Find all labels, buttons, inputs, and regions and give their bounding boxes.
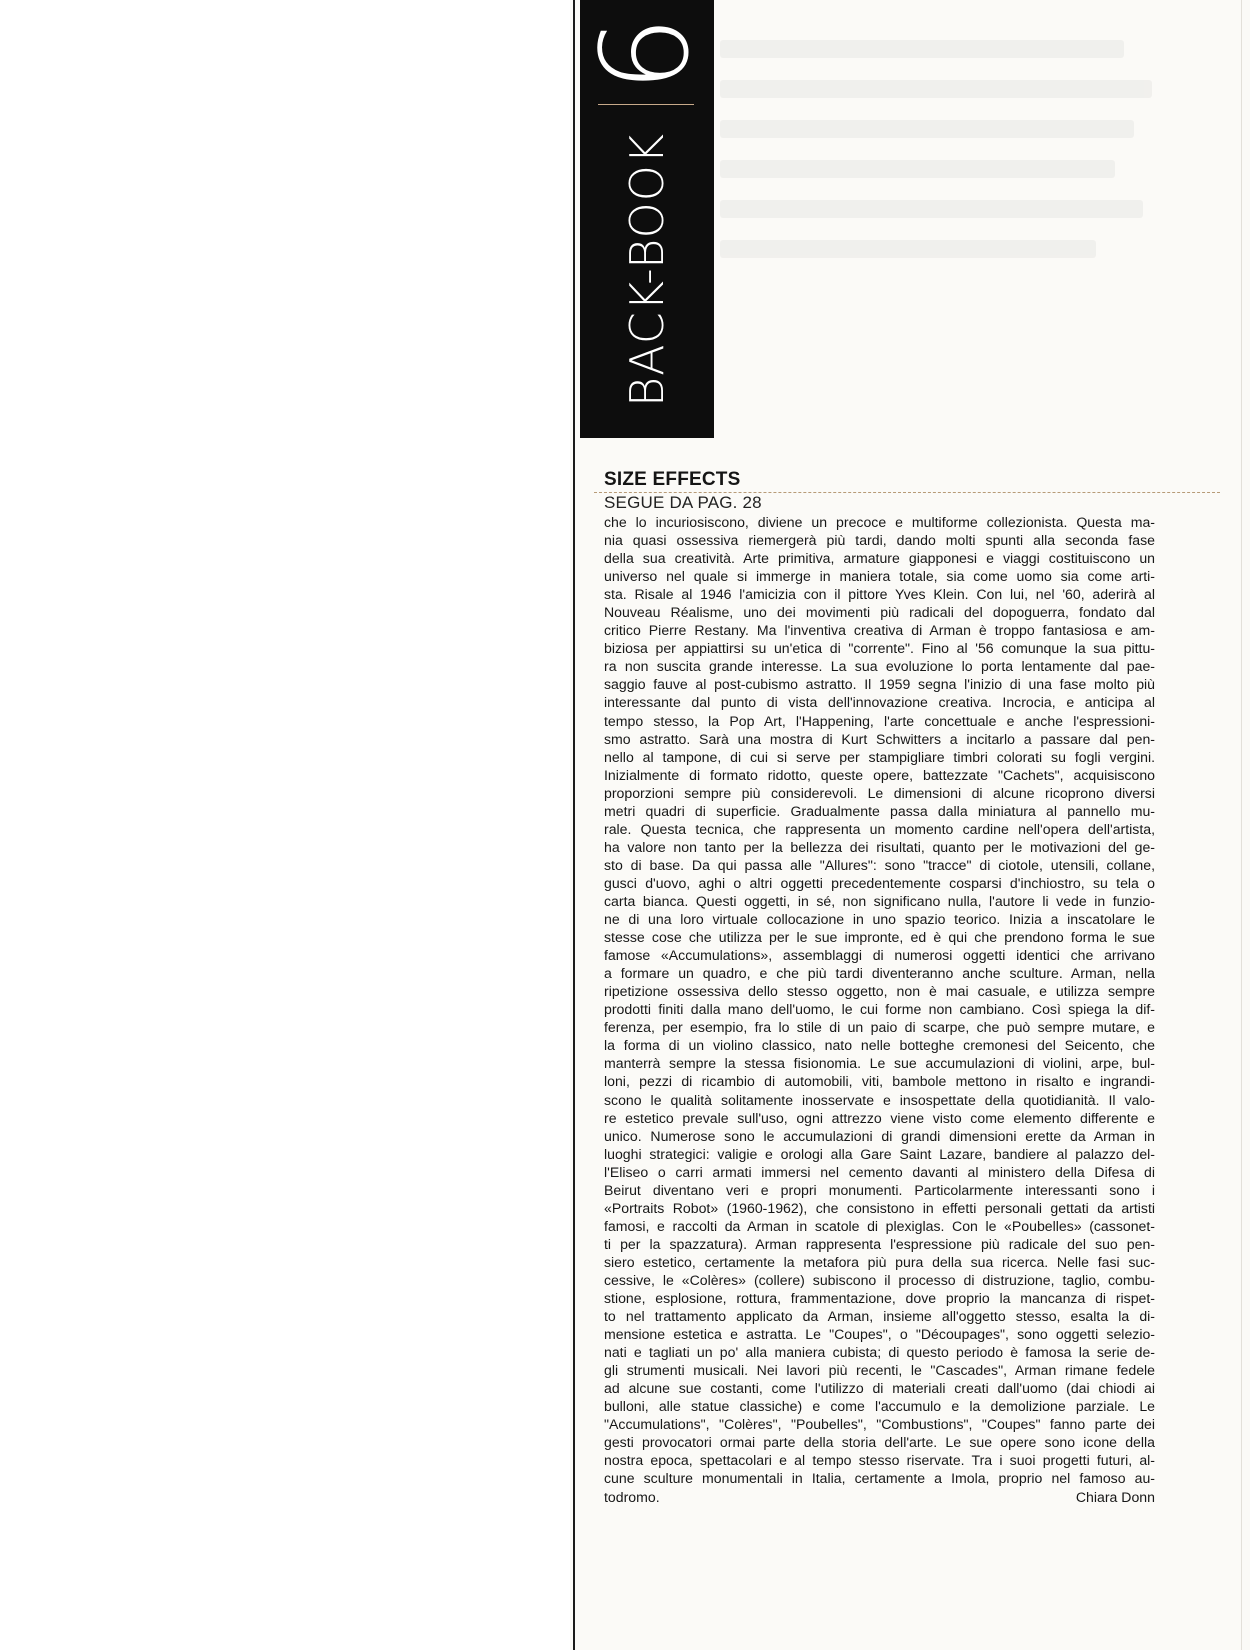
body-line: nia quasi ossessiva riemergerà più tardi… <box>604 531 1155 549</box>
body-line: critico Pierre Restany. Ma l'inventiva c… <box>604 621 1155 639</box>
body-line: to nel trattamento applicato da Arman, i… <box>604 1307 1155 1325</box>
body-line: famosi, e raccolti da Arman in scatole d… <box>604 1217 1155 1235</box>
body-line: smo astratto. Sarà una mostra di Kurt Sc… <box>604 730 1155 748</box>
body-line: stione, esplosione, rottura, frammentazi… <box>604 1289 1155 1307</box>
section-divider <box>598 104 694 105</box>
body-line: mensione estetica e astratta. Le "Coupes… <box>604 1325 1155 1343</box>
body-line: cessive, le «Colères» (collere) subiscon… <box>604 1271 1155 1289</box>
body-line: ti per la spazzatura). Arman rappresenta… <box>604 1235 1155 1253</box>
body-line: la forma di un violino classico, nato ne… <box>604 1036 1155 1054</box>
body-line: scono le qualità solitamente inosservate… <box>604 1091 1155 1109</box>
body-line: che lo incuriosiscono, diviene un precoc… <box>604 513 1155 531</box>
body-line: Nouveau Réalisme, uno dei movimenti più … <box>604 603 1155 621</box>
body-line: gesti provocatori ormai parte della stor… <box>604 1433 1155 1451</box>
body-line: re estetico prevale sull'uso, ogni attre… <box>604 1109 1155 1127</box>
article-title: SIZE EFFECTS <box>604 470 1184 490</box>
body-line: sta. Risale al 1946 l'amicizia con il pi… <box>604 585 1155 603</box>
section-tab: 6 BACK-BOOK <box>580 0 714 438</box>
body-line: "Accumulations", "Colères", "Poubelles",… <box>604 1415 1155 1433</box>
section-label-text: BACK-BOOK <box>620 133 674 407</box>
body-line: bulloni, alle statue classiche) e come l… <box>604 1397 1155 1415</box>
body-line: gli strumenti musicali. Nei lavori più r… <box>604 1361 1155 1379</box>
body-line: sto di base. Da qui passa alle "Allures"… <box>604 856 1155 874</box>
body-line: nati e tagliati un po' alla maniera cubi… <box>604 1343 1155 1361</box>
continued-from-label: SEGUE DA PAG. 28 <box>604 494 1184 512</box>
body-line: carta bianca. Questi oggetti, in sé, non… <box>604 892 1155 910</box>
body-line: a formare un quadro, e che più tardi div… <box>604 964 1155 982</box>
blank-left-page <box>0 0 570 1650</box>
dashed-divider <box>594 492 1220 493</box>
section-number: 6 <box>599 0 695 113</box>
body-line: ferenza, per esempio, fra lo stile di un… <box>604 1018 1155 1036</box>
body-line: unico. Numerose sono le accumulazioni di… <box>604 1127 1155 1145</box>
body-line: stesse cose che utilizza per le sue impr… <box>604 928 1155 946</box>
body-line: cune sculture monumentali in Italia, cer… <box>604 1469 1155 1487</box>
body-line: proporzioni sempre più considerevoli. Le… <box>604 784 1155 802</box>
magazine-page: 6 BACK-BOOK SIZE EFFECTS SEGUE DA PAG. 2… <box>570 0 1250 1650</box>
body-line: ha valore non tanto per la bellezza dei … <box>604 838 1155 856</box>
section-label: BACK-BOOK <box>580 110 714 430</box>
body-line: manterrà sempre la stessa fisionomia. Le… <box>604 1054 1155 1072</box>
body-line: l'Eliseo o carri armati immersi nel ceme… <box>604 1163 1155 1181</box>
article-body: che lo incuriosiscono, diviene un precoc… <box>604 513 1155 1506</box>
body-line: gusci d'uovo, aghi o altri oggetti prece… <box>604 874 1155 892</box>
body-line: ne di una loro virtuale collocazione in … <box>604 910 1155 928</box>
body-line: nello al tampone, di cui si serve per st… <box>604 748 1155 766</box>
body-line: loni, pezzi di ricambio di automobili, v… <box>604 1072 1155 1090</box>
body-line: tempo stesso, la Pop Art, l'Happening, l… <box>604 712 1155 730</box>
body-line: biziosa per appiattirsi su un'etica di "… <box>604 639 1155 657</box>
body-line: «Portraits Robot» (1960-1962), che consi… <box>604 1199 1155 1217</box>
body-line: universo nel quale si immerge in maniera… <box>604 567 1155 585</box>
vertical-rule <box>573 0 575 1650</box>
body-line: nostra epoca, spettacolari e al tempo st… <box>604 1451 1155 1469</box>
body-line: siero estetico, certamente la metafora p… <box>604 1253 1155 1271</box>
author-byline: Chiara Donn <box>604 1488 1155 1506</box>
body-line: luoghi strategici: valigie e orologi all… <box>604 1145 1155 1163</box>
page-edge <box>1241 0 1242 1650</box>
body-line: famose «Accumulations», assemblaggi di n… <box>604 946 1155 964</box>
body-line: saggio fauve al post-cubismo astratto. I… <box>604 675 1155 693</box>
body-line: rale. Questa tecnica, che rappresenta un… <box>604 820 1155 838</box>
body-line: Inizialmente di formato ridotto, queste … <box>604 766 1155 784</box>
body-line: interessante dal punto di vista dell'inn… <box>604 693 1155 711</box>
body-line: prodotti finiti dalla mano dell'uomo, le… <box>604 1000 1155 1018</box>
article: SIZE EFFECTS SEGUE DA PAG. 28 che lo inc… <box>604 470 1184 1506</box>
bleed-through-text <box>720 40 1190 270</box>
body-line: ra non suscita grande interesse. La sua … <box>604 657 1155 675</box>
body-line: ripetizione ossessiva dello stesso ogget… <box>604 982 1155 1000</box>
body-line: Beirut diventano veri e propri monumenti… <box>604 1181 1155 1199</box>
body-line: metri quadri di superficie. Gradualmente… <box>604 802 1155 820</box>
body-line: ad alcune sue costanti, come l'utilizzo … <box>604 1379 1155 1397</box>
body-line: della sua creatività. Arte primitiva, ar… <box>604 549 1155 567</box>
